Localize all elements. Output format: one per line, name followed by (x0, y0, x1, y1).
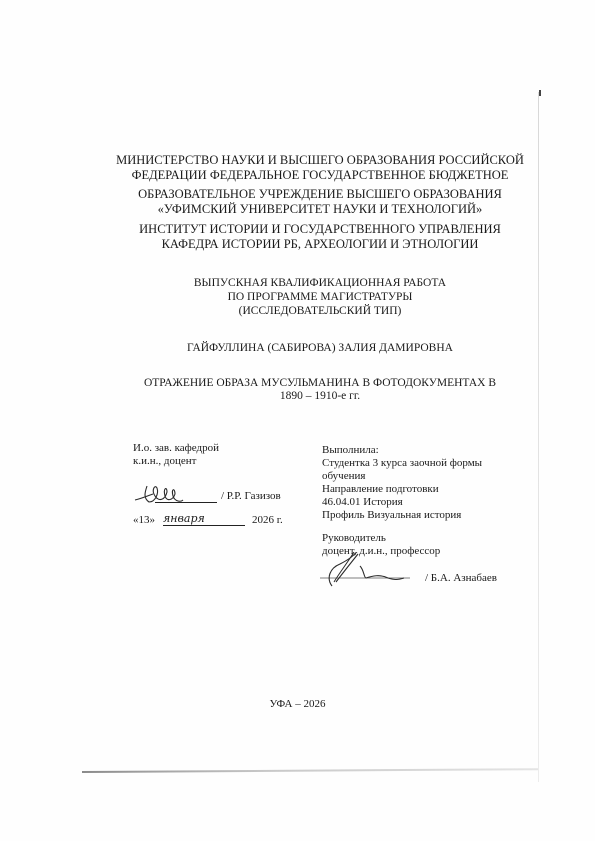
institute-line: КАФЕДРА ИСТОРИИ РБ, АРХЕОЛОГИИ И ЭТНОЛОГ… (100, 237, 540, 252)
thesis-title: ОТРАЖЕНИЕ ОБРАЗА МУСУЛЬМАНИНА В ФОТОДОКУ… (100, 377, 540, 403)
document-page: МИНИСТЕРСТВО НАУКИ И ВЫСШЕГО ОБРАЗОВАНИЯ… (0, 0, 595, 841)
department-head-block: И.о. зав. кафедрой к.и.н., доцент (133, 442, 219, 468)
date-day: «13» (133, 514, 155, 526)
ministry-line: ФЕДЕРАЦИИ ФЕДЕРАЛЬНОЕ ГОСУДАРСТВЕННОЕ БЮ… (100, 168, 540, 183)
work-type-line: ВЫПУСКНАЯ КВАЛИФИКАЦИОННАЯ РАБОТА (100, 276, 540, 290)
institute-header: ИНСТИТУТ ИСТОРИИ И ГОСУДАРСТВЕННОГО УПРА… (100, 222, 540, 252)
date-year: 2026 г. (252, 514, 283, 526)
title-line: 1890 – 1910-е гг. (100, 390, 540, 403)
work-type-line: ПО ПРОГРАММЕ МАГИСТРАТУРЫ (100, 290, 540, 304)
city-year: УФА – 2026 (0, 698, 595, 710)
institute-line: ИНСТИТУТ ИСТОРИИ И ГОСУДАРСТВЕННОГО УПРА… (100, 222, 540, 237)
student-line: Направление подготовки (322, 483, 482, 496)
head-date-row: «13» января 2026 г. (133, 514, 303, 530)
work-type: ВЫПУСКНАЯ КВАЛИФИКАЦИОННАЯ РАБОТА ПО ПРО… (100, 276, 540, 318)
supervisor-signature-name: / Б.А. Азнабаев (425, 572, 497, 584)
ministry-header: МИНИСТЕРСТВО НАУКИ И ВЫСШЕГО ОБРАЗОВАНИЯ… (100, 153, 540, 183)
student-line: Студентка 3 курса заочной формы (322, 457, 482, 470)
student-line: 46.04.01 История (322, 496, 482, 509)
student-block: Выполнила: Студентка 3 курса заочной фор… (322, 444, 482, 522)
institution-header: ОБРАЗОВАТЕЛЬНОЕ УЧРЕЖДЕНИЕ ВЫСШЕГО ОБРАЗ… (100, 187, 540, 217)
scan-mark (539, 90, 541, 96)
head-signature-icon (133, 482, 203, 506)
student-line: обучения (322, 470, 482, 483)
head-position: И.о. зав. кафедрой (133, 442, 219, 455)
work-type-line: (ИССЛЕДОВАТЕЛЬСКИЙ ТИП) (100, 304, 540, 318)
institution-line: «УФИМСКИЙ УНИВЕРСИТЕТ НАУКИ И ТЕХНОЛОГИЙ… (100, 202, 540, 217)
author-text: ГАЙФУЛЛИНА (САБИРОВА) ЗАЛИЯ ДАМИРОВНА (100, 341, 540, 356)
author-name: ГАЙФУЛЛИНА (САБИРОВА) ЗАЛИЯ ДАМИРОВНА (100, 341, 540, 356)
date-month: января (163, 512, 245, 526)
ministry-line: МИНИСТЕРСТВО НАУКИ И ВЫСШЕГО ОБРАЗОВАНИЯ… (100, 153, 540, 168)
student-line: Профиль Визуальная история (322, 509, 482, 522)
institution-line: ОБРАЗОВАТЕЛЬНОЕ УЧРЕЖДЕНИЕ ВЫСШЕГО ОБРАЗ… (100, 187, 540, 202)
scan-edge-bottom (82, 768, 538, 773)
head-signature-name: / Р.Р. Газизов (221, 490, 281, 502)
footer-text: УФА – 2026 (270, 698, 326, 710)
title-line: ОТРАЖЕНИЕ ОБРАЗА МУСУЛЬМАНИНА В ФОТОДОКУ… (100, 377, 540, 390)
supervisor-position: Руководитель (322, 532, 440, 545)
supervisor-signature-row: / Б.А. Азнабаев (320, 552, 510, 588)
supervisor-signature-icon (320, 552, 420, 588)
head-signature-row: / Р.Р. Газизов (133, 488, 303, 508)
head-degree: к.и.н., доцент (133, 455, 219, 468)
student-line: Выполнила: (322, 444, 482, 457)
